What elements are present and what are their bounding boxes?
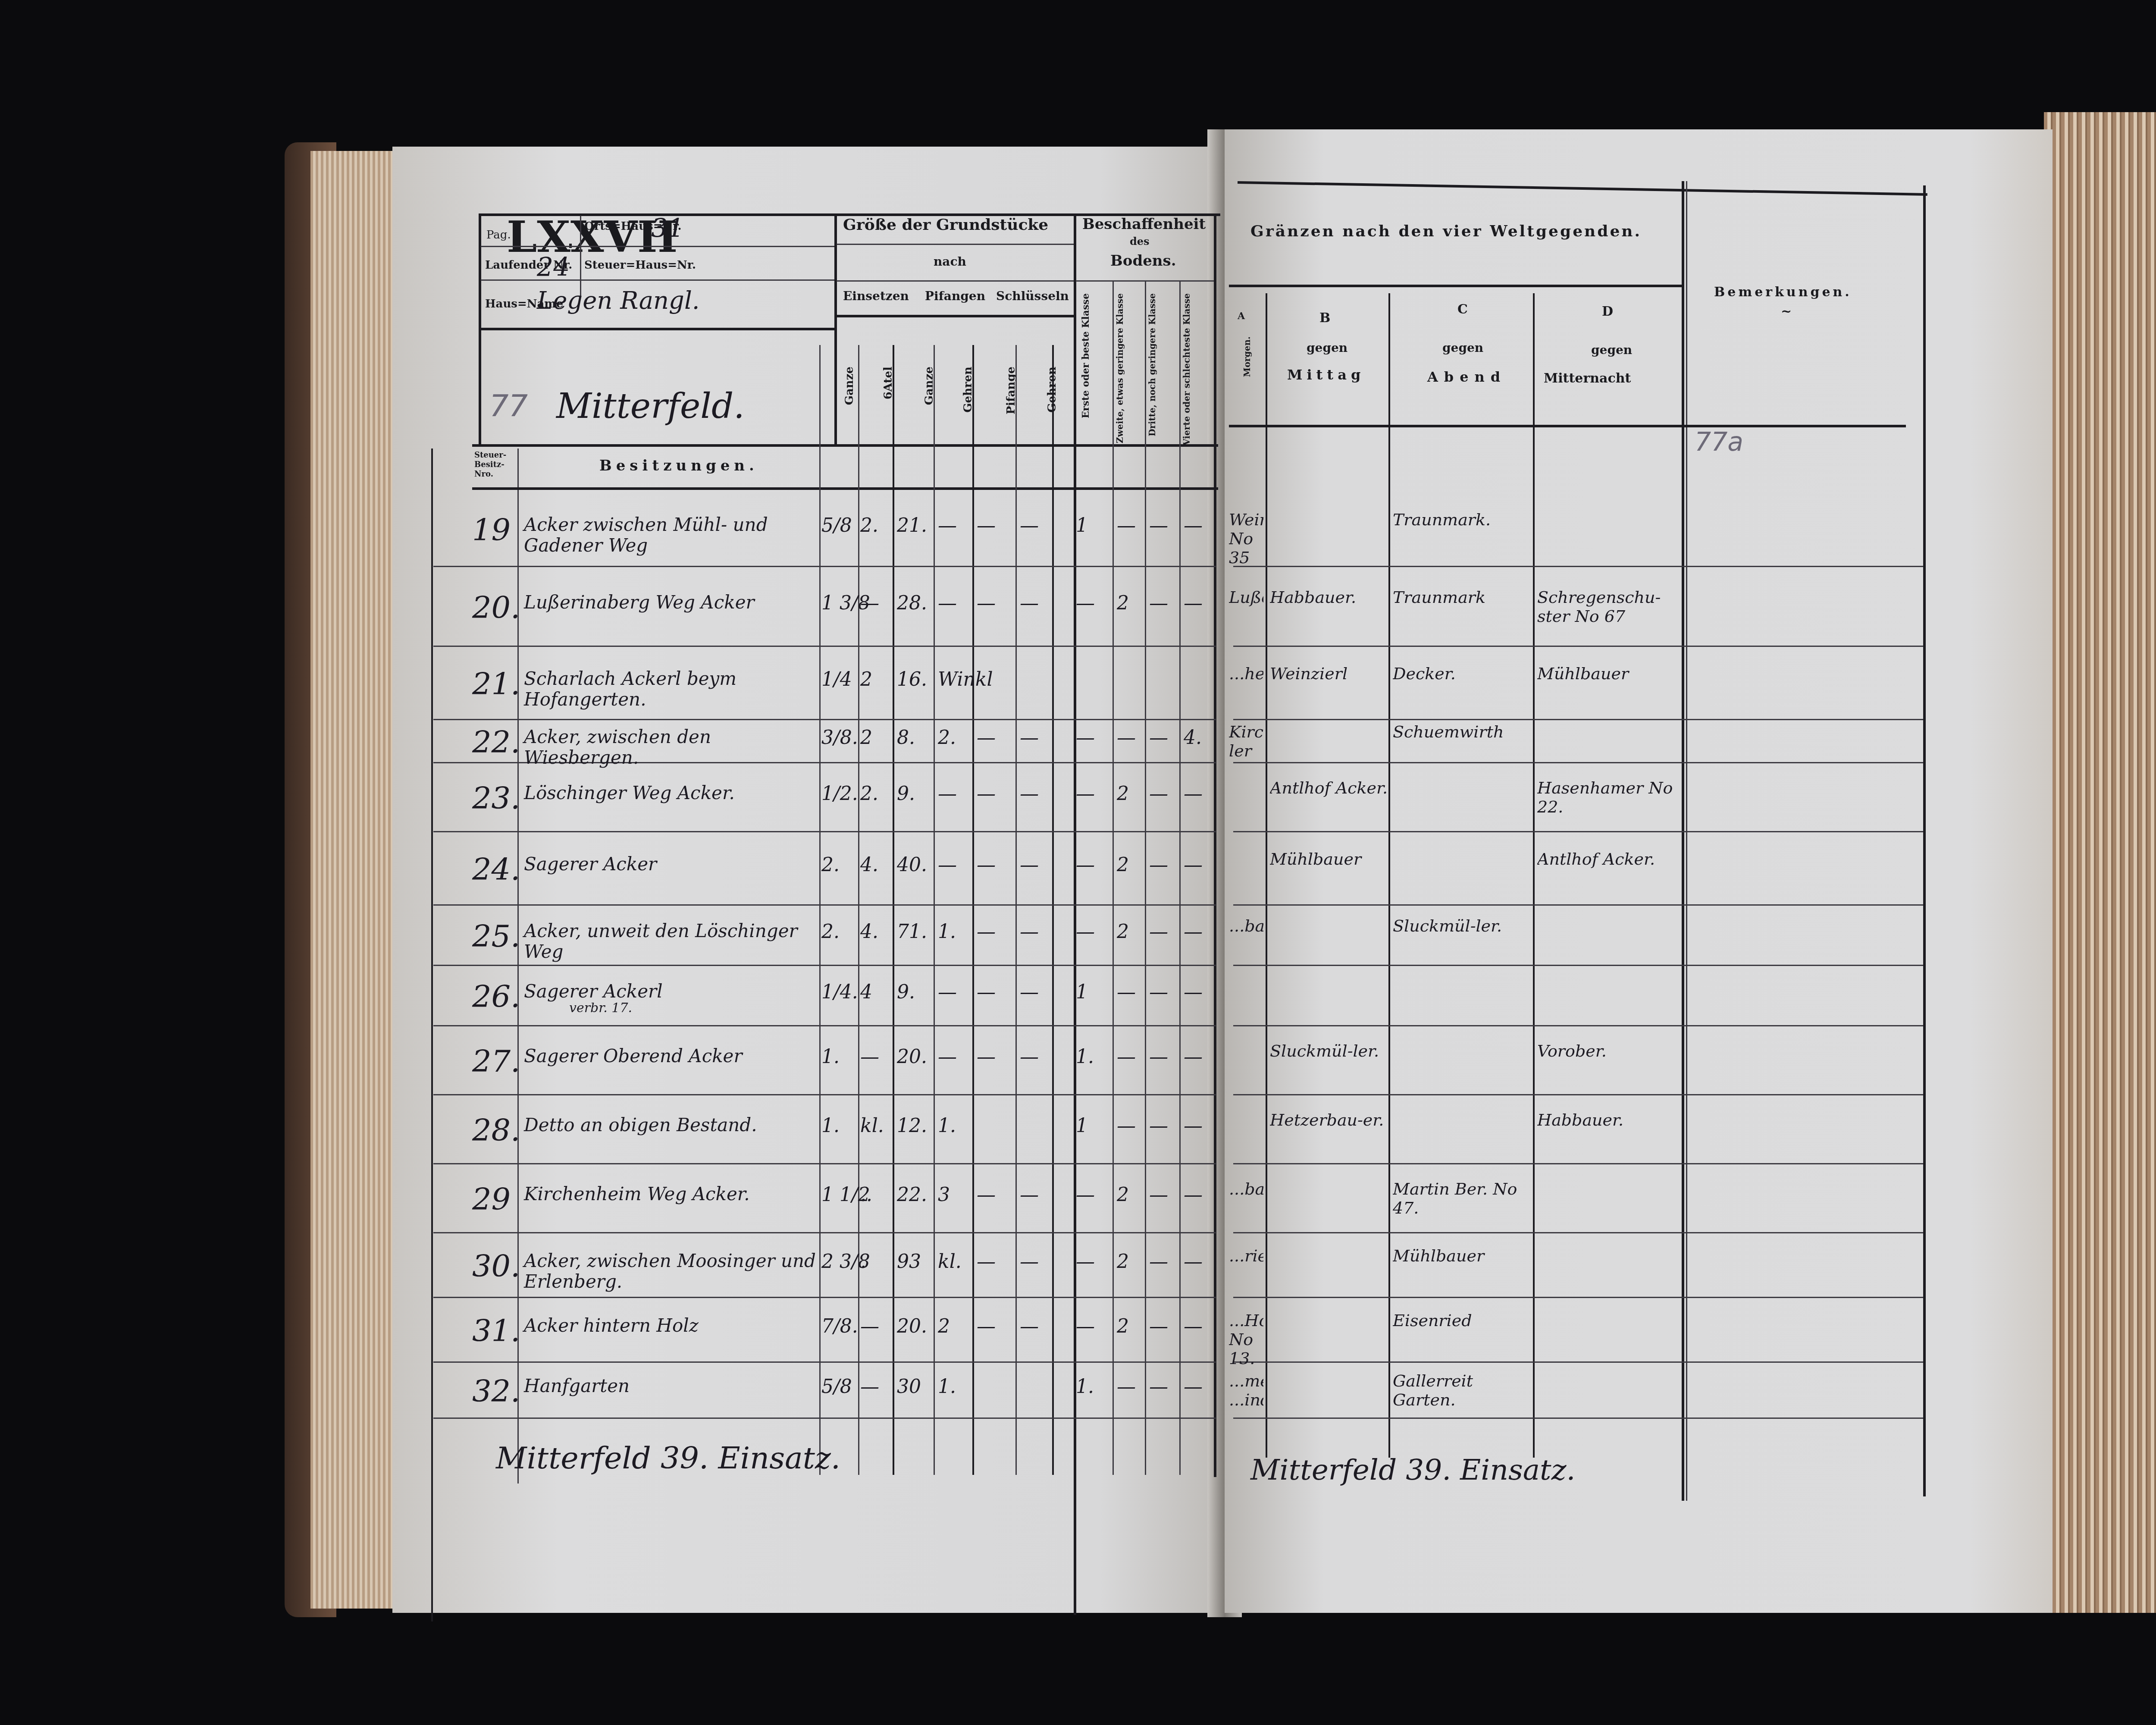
row-value-k2: —	[1117, 1046, 1136, 1068]
boundary-c: Traunmark.	[1393, 510, 1531, 529]
row-value-k2: 2	[1117, 921, 1129, 943]
row-value-k3: —	[1149, 1115, 1168, 1137]
row-value-k1: —	[1076, 921, 1095, 943]
row-value-c5: —	[977, 783, 996, 805]
boundary-c: Gallerreit Garten.	[1393, 1371, 1531, 1409]
bemerkungen-header: Bemerkungen.	[1714, 285, 1852, 300]
row-value-c5: —	[977, 1315, 996, 1337]
boundary-a: ...ried	[1229, 1246, 1263, 1265]
row-value-c1: 1/4	[821, 668, 852, 690]
row-value-c6: —	[1020, 727, 1039, 749]
row-value-k2: —	[1117, 1376, 1136, 1398]
boundary-c: Traunmark	[1393, 588, 1531, 607]
row-divider	[1233, 1094, 1923, 1095]
row-value-c1: 2.	[821, 921, 840, 943]
row-value-c2: 2.	[860, 514, 878, 536]
row-besitzung: Detto an obigen Bestand.	[524, 1115, 817, 1135]
row-value-k3: —	[1149, 783, 1168, 805]
row-besitzung: Sagerer Oberend Acker	[524, 1046, 817, 1066]
row-number: 21.	[472, 666, 520, 702]
row-value-c1: 1.	[821, 1046, 840, 1068]
row-value-c5: —	[977, 592, 996, 614]
row-value-c2: kl.	[860, 1115, 884, 1137]
row-value-c5: —	[977, 1046, 996, 1068]
row-besitzung: Hanfgarten	[524, 1376, 817, 1396]
row-value-c2: —	[860, 1376, 879, 1398]
row-value-c1: 3/8.	[821, 727, 858, 749]
boundary-d: Vorober.	[1537, 1041, 1675, 1060]
row-value-k1: 1	[1076, 514, 1088, 536]
row-value-k4: —	[1184, 783, 1203, 805]
row-value-c4: 2	[938, 1315, 950, 1337]
row-value-c4: 1.	[938, 1376, 956, 1398]
row-divider	[433, 1232, 1216, 1233]
row-value-c5: —	[977, 514, 996, 536]
row-divider	[1233, 904, 1923, 906]
row-value-k4: —	[1184, 1046, 1203, 1068]
row-value-k2: —	[1117, 1115, 1136, 1137]
boundary-c: Martin Ber. No 47.	[1393, 1179, 1531, 1217]
row-value-c1: 7/8.	[821, 1315, 858, 1337]
row-number: 32.	[472, 1374, 520, 1409]
row-divider	[1233, 646, 1923, 647]
row-divider	[1233, 566, 1923, 567]
row-besitzung: Sagerer Acker	[524, 854, 817, 875]
pencil-number: 77	[489, 388, 528, 423]
boundary-b: Hetzerbau-er.	[1270, 1110, 1408, 1129]
row-value-c2: ..	[860, 1184, 872, 1206]
laufender-nr-value: 24	[537, 252, 570, 282]
row-value-c4: Winkl	[938, 668, 993, 690]
class-1: Erste oder beste Klasse	[1080, 293, 1091, 418]
row-besitzung: Scharlach Ackerl beym Hofangerten.	[524, 668, 817, 710]
row-value-c3: 93	[897, 1251, 921, 1273]
row-value-c4: —	[938, 514, 957, 536]
row-value-k2: 2	[1117, 783, 1129, 805]
row-value-c1: 1/2.	[821, 783, 858, 805]
row-value-c3: 9.	[897, 783, 915, 805]
row-value-k1: —	[1076, 1251, 1095, 1273]
row-value-k2: —	[1117, 981, 1136, 1003]
row-value-c3: 9.	[897, 981, 915, 1003]
orts-haus-nr-value: 31	[651, 213, 684, 244]
row-divider	[433, 646, 1216, 647]
row-value-c4: —	[938, 981, 957, 1003]
subcol-ganze-1: Ganze	[843, 367, 856, 405]
boundary-d: Antlhof Acker.	[1537, 850, 1675, 869]
row-value-c2: .	[860, 1251, 866, 1273]
row-divider	[1233, 719, 1923, 720]
place-name: Mitterfeld.	[556, 386, 745, 426]
row-value-c4: —	[938, 854, 957, 876]
row-value-c3: 71.	[897, 921, 927, 943]
col-c-gegen: gegen	[1442, 341, 1483, 355]
row-value-c4: 2.	[938, 727, 956, 749]
row-value-c5: —	[977, 981, 996, 1003]
row-value-k3: —	[1149, 1376, 1168, 1398]
boundary-a: ...bauer	[1229, 1179, 1263, 1198]
row-value-k2: —	[1117, 514, 1136, 536]
row-value-k4: —	[1184, 854, 1203, 876]
col-a-dir: Morgen.	[1242, 336, 1252, 377]
row-value-k1: —	[1076, 854, 1095, 876]
boundary-c: Sluckmül-ler.	[1393, 916, 1531, 935]
row-number: 19	[472, 512, 511, 548]
row-divider	[433, 1361, 1216, 1363]
boundary-d: Mühlbauer	[1537, 664, 1675, 683]
right-page	[1225, 129, 2053, 1613]
boundary-b: Weinzierl	[1270, 664, 1408, 683]
boundary-b: Antlhof Acker.	[1270, 778, 1408, 797]
group-pifangen: Pifangen	[925, 289, 985, 303]
row-divider	[1233, 965, 1923, 966]
row-value-c3: 28.	[897, 592, 927, 614]
row-besitzung: Löschinger Weg Acker.	[524, 783, 817, 803]
group-schluesseln: Schlüsseln	[996, 289, 1069, 303]
groesse-nach: nach	[934, 254, 966, 269]
row-value-k2: 2	[1117, 592, 1129, 614]
row-value-c2: —	[860, 592, 879, 614]
row-value-k1: —	[1076, 592, 1095, 614]
row-value-k4: —	[1184, 1315, 1203, 1337]
grenzen-title: Gränzen nach den vier Weltgegenden.	[1250, 222, 1642, 240]
row-value-k3: —	[1149, 592, 1168, 614]
row-value-c2: —	[860, 1315, 879, 1337]
row-value-k3: —	[1149, 1251, 1168, 1273]
row-value-k4: 4.	[1184, 727, 1202, 749]
row-value-c6: —	[1020, 592, 1039, 614]
row-value-k3: —	[1149, 727, 1168, 749]
row-value-c5: —	[977, 1251, 996, 1273]
haus-name-value: Legen Rangl.	[537, 287, 700, 315]
row-divider	[433, 1025, 1216, 1026]
steuer-haus-nr-label: Steuer=Haus=Nr.	[584, 259, 696, 272]
col-b-letter: B	[1319, 310, 1330, 326]
row-divider	[433, 719, 1216, 720]
row-divider	[1233, 1297, 1923, 1298]
beschaffenheit-bodens: Bodens.	[1110, 252, 1176, 270]
boundary-b: Habbauer.	[1270, 588, 1408, 607]
row-value-c3: 16.	[897, 668, 927, 690]
boundary-d: Habbauer.	[1537, 1110, 1675, 1129]
row-value-c3: 20.	[897, 1315, 927, 1337]
row-value-c6: —	[1020, 981, 1039, 1003]
row-value-c6: —	[1020, 783, 1039, 805]
boundary-b: Sluckmül-ler.	[1270, 1041, 1408, 1060]
row-value-k4: —	[1184, 1115, 1203, 1137]
boundary-a: Weinzierl No 35	[1229, 510, 1263, 567]
row-value-c5: —	[977, 1184, 996, 1206]
row-number: 30.	[472, 1248, 520, 1284]
row-value-c3: 12.	[897, 1115, 927, 1137]
row-value-k4: —	[1184, 592, 1203, 614]
row-number: 29	[472, 1182, 511, 1217]
col-c-letter: C	[1457, 302, 1468, 317]
row-value-c1: 2.	[821, 854, 840, 876]
boundary-b: Mühlbauer	[1270, 850, 1408, 869]
class-4: Vierte oder schlechteste Klasse	[1181, 293, 1192, 445]
row-value-c2: 2	[860, 727, 872, 749]
row-value-k3: —	[1149, 1184, 1168, 1206]
row-value-c4: —	[938, 783, 957, 805]
row-number: 23.	[472, 781, 520, 816]
row-value-k4: —	[1184, 514, 1203, 536]
row-value-c1: 1.	[821, 1115, 840, 1137]
row-value-k2: 2	[1117, 1184, 1129, 1206]
row-besitzung: Sagerer Ackerl	[524, 981, 817, 1002]
page-edges-right	[2044, 112, 2156, 1613]
boundary-a: ...Holz No 13.	[1229, 1311, 1263, 1368]
row-number: 31.	[472, 1313, 520, 1349]
boundary-c: Schuemwirth	[1393, 722, 1531, 741]
row-divider	[433, 566, 1216, 567]
row-number: 27.	[472, 1044, 520, 1079]
row-divider	[433, 1297, 1216, 1298]
row-value-c5: —	[977, 854, 996, 876]
boundary-a: ...meister ...ind.	[1229, 1371, 1263, 1409]
steuer-besitz-nro-header: Steuer-Besitz-Nro.	[474, 451, 517, 479]
row-value-k3: —	[1149, 1046, 1168, 1068]
row-value-c6: —	[1020, 854, 1039, 876]
boundary-d: Hasenhamer No 22.	[1537, 778, 1675, 816]
row-value-c4: 1.	[938, 1115, 956, 1137]
row-value-k2: 2	[1117, 1251, 1129, 1273]
col-b-dir: Mittag	[1287, 367, 1365, 383]
row-value-c3: 40.	[897, 854, 927, 876]
left-footer-note: Mitterfeld 39. Einsatz.	[496, 1440, 840, 1476]
row-divider	[1233, 762, 1923, 763]
row-value-c4: —	[938, 592, 957, 614]
row-value-c6: —	[1020, 921, 1039, 943]
row-number: 20.	[472, 590, 520, 625]
row-value-c2: 2	[860, 668, 872, 690]
row-besitzung: Kirchenheim Weg Acker.	[524, 1184, 817, 1204]
row-value-k1: 1.	[1076, 1376, 1094, 1398]
boundary-d: Schregenschu-ster No 67	[1537, 588, 1675, 626]
row-divider	[1233, 1232, 1923, 1233]
page-edges-left	[310, 151, 397, 1609]
row-value-k1: —	[1076, 1184, 1095, 1206]
row-value-k3: —	[1149, 921, 1168, 943]
row-besitzung: Acker hintern Holz	[524, 1315, 817, 1336]
right-footer-note: Mitterfeld 39. Einsatz.	[1250, 1453, 1575, 1487]
col-d-letter: D	[1602, 304, 1613, 319]
bemerkungen-flourish: ~	[1781, 304, 1792, 319]
row-value-c5: —	[977, 727, 996, 749]
groesse-title: Größe der Grundstücke	[843, 216, 1048, 234]
row-value-k1: —	[1076, 783, 1095, 805]
row-value-k1: 1.	[1076, 1046, 1094, 1068]
row-note: verbr. 17.	[569, 1000, 632, 1016]
row-value-c2: 4.	[860, 854, 878, 876]
row-value-c2: —	[860, 1046, 879, 1068]
row-value-c4: 1.	[938, 921, 956, 943]
row-value-c4: kl.	[938, 1251, 962, 1273]
row-divider	[1233, 1361, 1923, 1363]
row-value-c5: —	[977, 921, 996, 943]
row-value-c2: 4	[860, 981, 872, 1003]
row-divider	[433, 831, 1216, 832]
beschaffenheit-title: Beschaffenheit	[1082, 216, 1206, 233]
row-value-k3: —	[1149, 854, 1168, 876]
row-value-c6: —	[1020, 1046, 1039, 1068]
row-value-k2: 2	[1117, 1315, 1129, 1337]
row-value-k3: —	[1149, 981, 1168, 1003]
row-value-c6: —	[1020, 1315, 1039, 1337]
row-besitzung: Acker, zwischen den Wiesbergen.	[524, 727, 817, 768]
row-value-c1: 5/8	[821, 1376, 852, 1398]
boundary-a: ...bauer	[1229, 916, 1263, 935]
class-2: Zweite, etwas geringere Klasse	[1115, 293, 1125, 443]
row-value-c6: —	[1020, 514, 1039, 536]
col-d-gegen: gegen	[1591, 343, 1632, 357]
row-divider	[433, 1418, 1216, 1419]
row-value-c3: 22.	[897, 1184, 927, 1206]
row-value-c4: 3	[938, 1184, 950, 1206]
row-besitzung: Lußerinaberg Weg Acker	[524, 592, 817, 613]
row-value-k4: —	[1184, 981, 1203, 1003]
boundary-c: Mühlbauer	[1393, 1246, 1531, 1265]
boundary-a: Kirchmül-ler	[1229, 722, 1263, 760]
row-divider	[433, 1163, 1216, 1164]
row-value-c4: —	[938, 1046, 957, 1068]
row-value-c2: 2.	[860, 783, 878, 805]
row-value-k4: —	[1184, 921, 1203, 943]
row-divider	[433, 965, 1216, 966]
row-value-k2: 2	[1117, 854, 1129, 876]
group-einsetzen: Einsetzen	[843, 289, 909, 303]
row-value-k1: 1	[1076, 981, 1088, 1003]
row-divider	[1233, 1163, 1923, 1164]
row-number: 22.	[472, 724, 520, 760]
row-value-c3: 20.	[897, 1046, 927, 1068]
row-value-c2: 4.	[860, 921, 878, 943]
row-divider	[1233, 1025, 1923, 1026]
class-3: Dritte, noch geringere Klasse	[1147, 293, 1157, 436]
pencil-number-right: 77a	[1695, 427, 1743, 457]
beschaffenheit-des: des	[1130, 235, 1150, 248]
row-number: 24.	[472, 852, 520, 887]
row-value-c3: 30	[897, 1376, 921, 1398]
boundary-c: Eisenried	[1393, 1311, 1531, 1330]
row-number: 25.	[472, 919, 520, 954]
row-value-c3: 8.	[897, 727, 915, 749]
boundary-a: ...hen	[1229, 664, 1263, 683]
row-value-k1: —	[1076, 727, 1095, 749]
row-value-c6: —	[1020, 1251, 1039, 1273]
row-value-c6: —	[1020, 1184, 1039, 1206]
row-number: 26.	[472, 979, 520, 1014]
boundary-c: Decker.	[1393, 664, 1531, 683]
row-value-k2: —	[1117, 727, 1136, 749]
row-value-c1: 5/8	[821, 514, 852, 536]
row-number: 28.	[472, 1113, 520, 1148]
row-divider	[433, 1094, 1216, 1095]
col-d-dir: Mitternacht	[1544, 371, 1631, 386]
row-value-k3: —	[1149, 514, 1168, 536]
row-besitzung: Acker, zwischen Moosinger und Erlenberg.	[524, 1251, 817, 1292]
row-value-k1: —	[1076, 1315, 1095, 1337]
row-value-c1: 1/4.	[821, 981, 858, 1003]
col-b-gegen: gegen	[1307, 341, 1347, 355]
row-value-k1: 1	[1076, 1115, 1088, 1137]
row-value-c3: 21.	[897, 514, 927, 536]
row-value-k4: —	[1184, 1251, 1203, 1273]
row-divider	[1233, 831, 1923, 832]
besitzungen-header: Besitzungen.	[599, 457, 758, 474]
row-value-k3: —	[1149, 1315, 1168, 1337]
row-value-k4: —	[1184, 1184, 1203, 1206]
row-value-k4: —	[1184, 1376, 1203, 1398]
row-divider	[433, 904, 1216, 906]
col-a-letter: A	[1238, 310, 1245, 322]
row-divider	[1233, 1418, 1923, 1419]
col-c-dir: Abend	[1427, 369, 1506, 385]
row-besitzung: Acker zwischen Mühl- und Gadener Weg	[524, 514, 817, 556]
boundary-a: Lußerberg.	[1229, 588, 1263, 607]
row-besitzung: Acker, unweit den Löschinger Weg	[524, 921, 817, 962]
